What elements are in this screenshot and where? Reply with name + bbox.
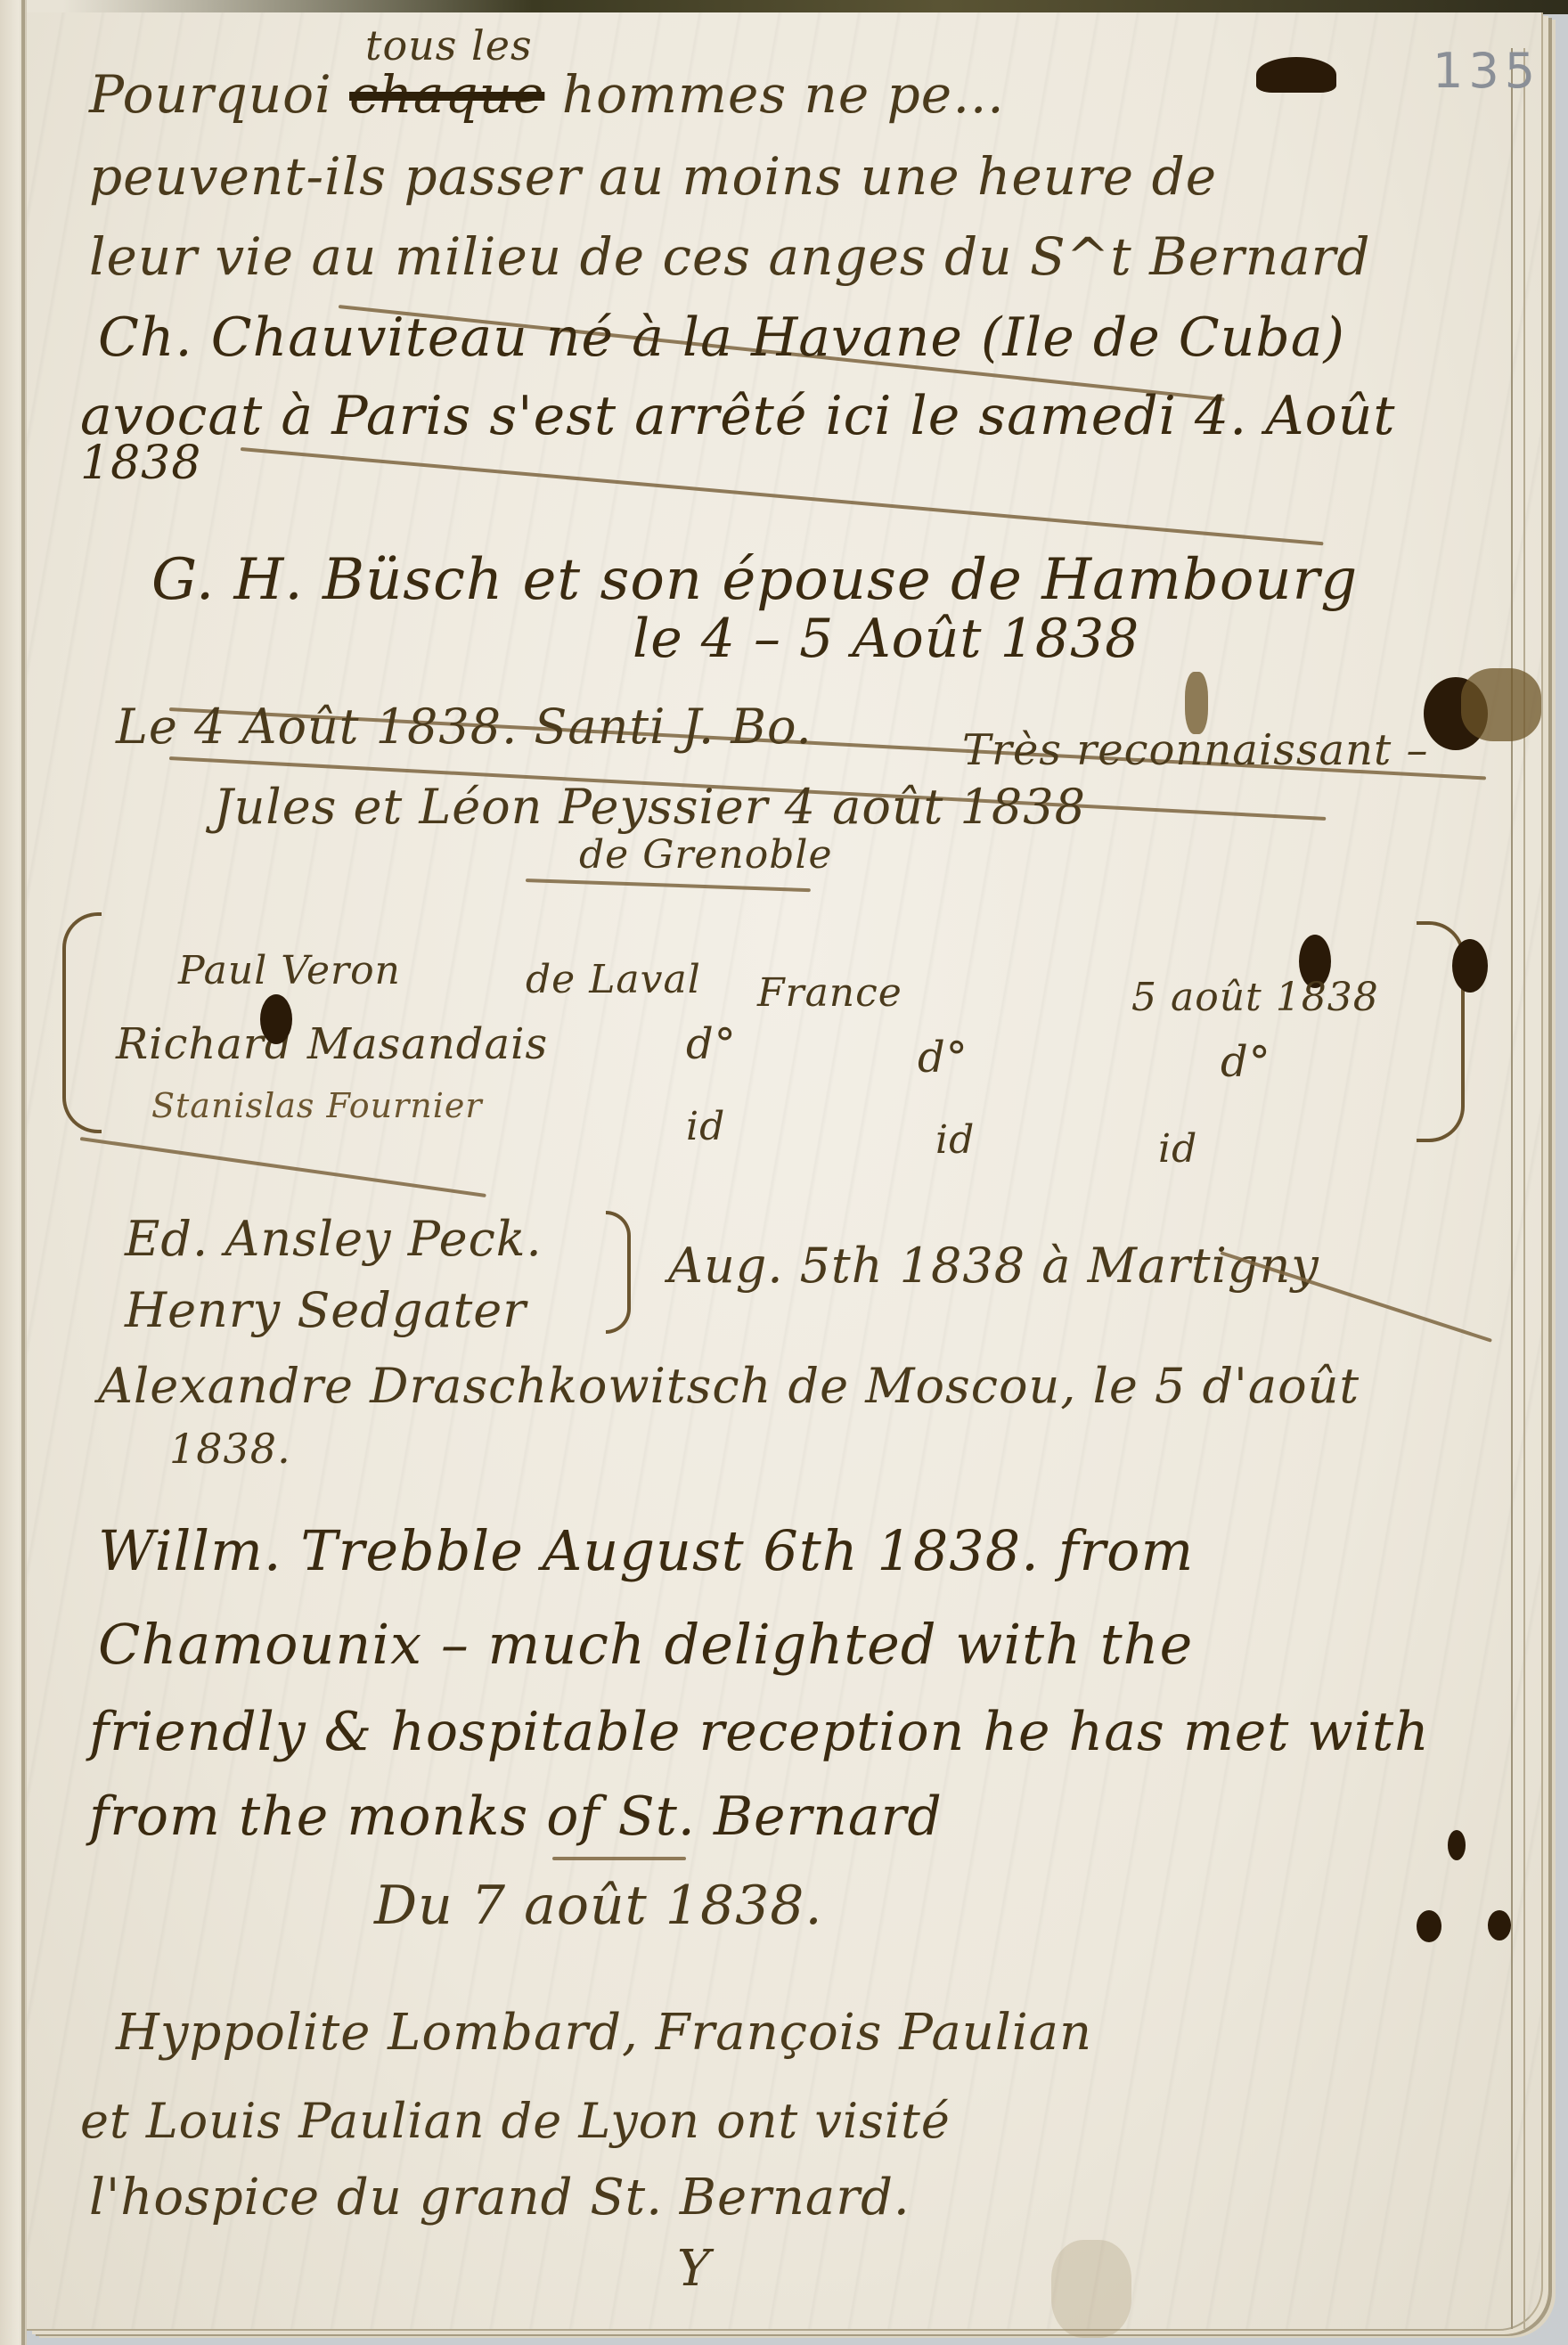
origin-cell: d° bbox=[686, 1019, 737, 1069]
water-stain bbox=[1051, 2240, 1131, 2338]
entry-line: Aug. 5th 1838 à Martigny bbox=[668, 1238, 1319, 1294]
struck-word: chaque bbox=[349, 64, 544, 125]
ink-blot bbox=[1256, 57, 1336, 93]
entry-line: Ch. Chauviteau né à la Havane (Ile de Cu… bbox=[98, 306, 1345, 369]
entry-line: l'hospice du grand St. Bernard. bbox=[89, 2169, 911, 2227]
ink-blot bbox=[1452, 939, 1488, 993]
country-cell: France bbox=[757, 970, 902, 1016]
word: Pourquoi bbox=[89, 64, 332, 125]
country-cell: id bbox=[935, 1117, 975, 1163]
date-cell: id bbox=[1158, 1126, 1197, 1172]
name-cell: Paul Veron bbox=[178, 948, 401, 993]
entry-line: Pourquoi chaque hommes ne pe… bbox=[89, 64, 1005, 125]
name-cell: Stanislas Fournier bbox=[151, 1086, 483, 1125]
separator-line bbox=[526, 878, 811, 892]
ink-spot bbox=[1488, 1910, 1511, 1941]
entry-line: Le 4 Août 1838. Santi J. Bo. bbox=[116, 699, 813, 755]
group-brace bbox=[62, 912, 102, 1133]
insertion-text: tous les bbox=[365, 21, 533, 69]
date-cell: 5 août 1838 bbox=[1131, 975, 1379, 1020]
flourish bbox=[552, 1857, 686, 1860]
entry-line: Henry Sedgater bbox=[125, 1282, 527, 1338]
separator-line bbox=[241, 447, 1324, 545]
entry-line: Alexandre Draschkowitsch de Moscou, le 5… bbox=[98, 1358, 1360, 1414]
entry-line: avocat à Paris s'est arrêté ici le samed… bbox=[80, 385, 1395, 447]
group-brace bbox=[606, 1211, 631, 1334]
entry-line: le 4 – 5 Août 1838 bbox=[633, 608, 1139, 670]
ink-blot bbox=[260, 994, 292, 1044]
entry-line: Chamounix – much delighted with the bbox=[98, 1612, 1193, 1677]
page-stack-edge bbox=[1511, 48, 1525, 2329]
entry-line: friendly & hospitable reception he has m… bbox=[89, 1701, 1430, 1763]
ink-stain bbox=[1461, 668, 1541, 741]
manuscript-page: 135 tous les Pourquoi chaque hommes ne p… bbox=[27, 12, 1543, 2331]
entry-line: Hyppolite Lombard, François Paulian bbox=[116, 2004, 1092, 2062]
entry-heading: Du 7 août 1838. bbox=[374, 1875, 823, 1937]
entry-line: from the monks of St. Bernard bbox=[89, 1785, 943, 1848]
page-number: 135 bbox=[1433, 43, 1540, 99]
name-cell: Richard Masandais bbox=[116, 1019, 548, 1069]
origin-cell: de Laval bbox=[526, 957, 701, 1002]
entry-line: 1838 bbox=[80, 437, 201, 490]
country-cell: d° bbox=[918, 1033, 968, 1083]
entry-line: 1838. bbox=[169, 1425, 291, 1473]
entry-line: de Grenoble bbox=[579, 832, 833, 878]
entry-line: leur vie au milieu de ces anges du S^t B… bbox=[89, 226, 1371, 287]
ink-spot bbox=[1448, 1830, 1466, 1860]
entry-line: peuvent-ils passer au moins une heure de bbox=[89, 146, 1217, 207]
entry-line: G. H. Büsch et son épouse de Hambourg bbox=[151, 547, 1358, 613]
binding-gutter bbox=[21, 0, 25, 2345]
entry-line: Ed. Ansley Peck. bbox=[125, 1211, 543, 1267]
origin-cell: id bbox=[686, 1104, 725, 1149]
separator-line bbox=[1220, 1251, 1492, 1343]
date-cell: d° bbox=[1221, 1037, 1271, 1087]
entry-line: Willm. Trebble August 6th 1838. from bbox=[98, 1518, 1194, 1583]
entry-line: et Louis Paulian de Lyon ont visité bbox=[80, 2093, 951, 2149]
separator-line bbox=[80, 1137, 486, 1197]
entry-mark: Y bbox=[677, 2240, 711, 2298]
word: hommes ne pe… bbox=[562, 64, 1005, 125]
ink-spot bbox=[1417, 1910, 1441, 1942]
entry-line: Jules et Léon Peyssier 4 août 1838 bbox=[214, 779, 1086, 835]
entry-line: Très reconnaissant – bbox=[962, 725, 1429, 775]
